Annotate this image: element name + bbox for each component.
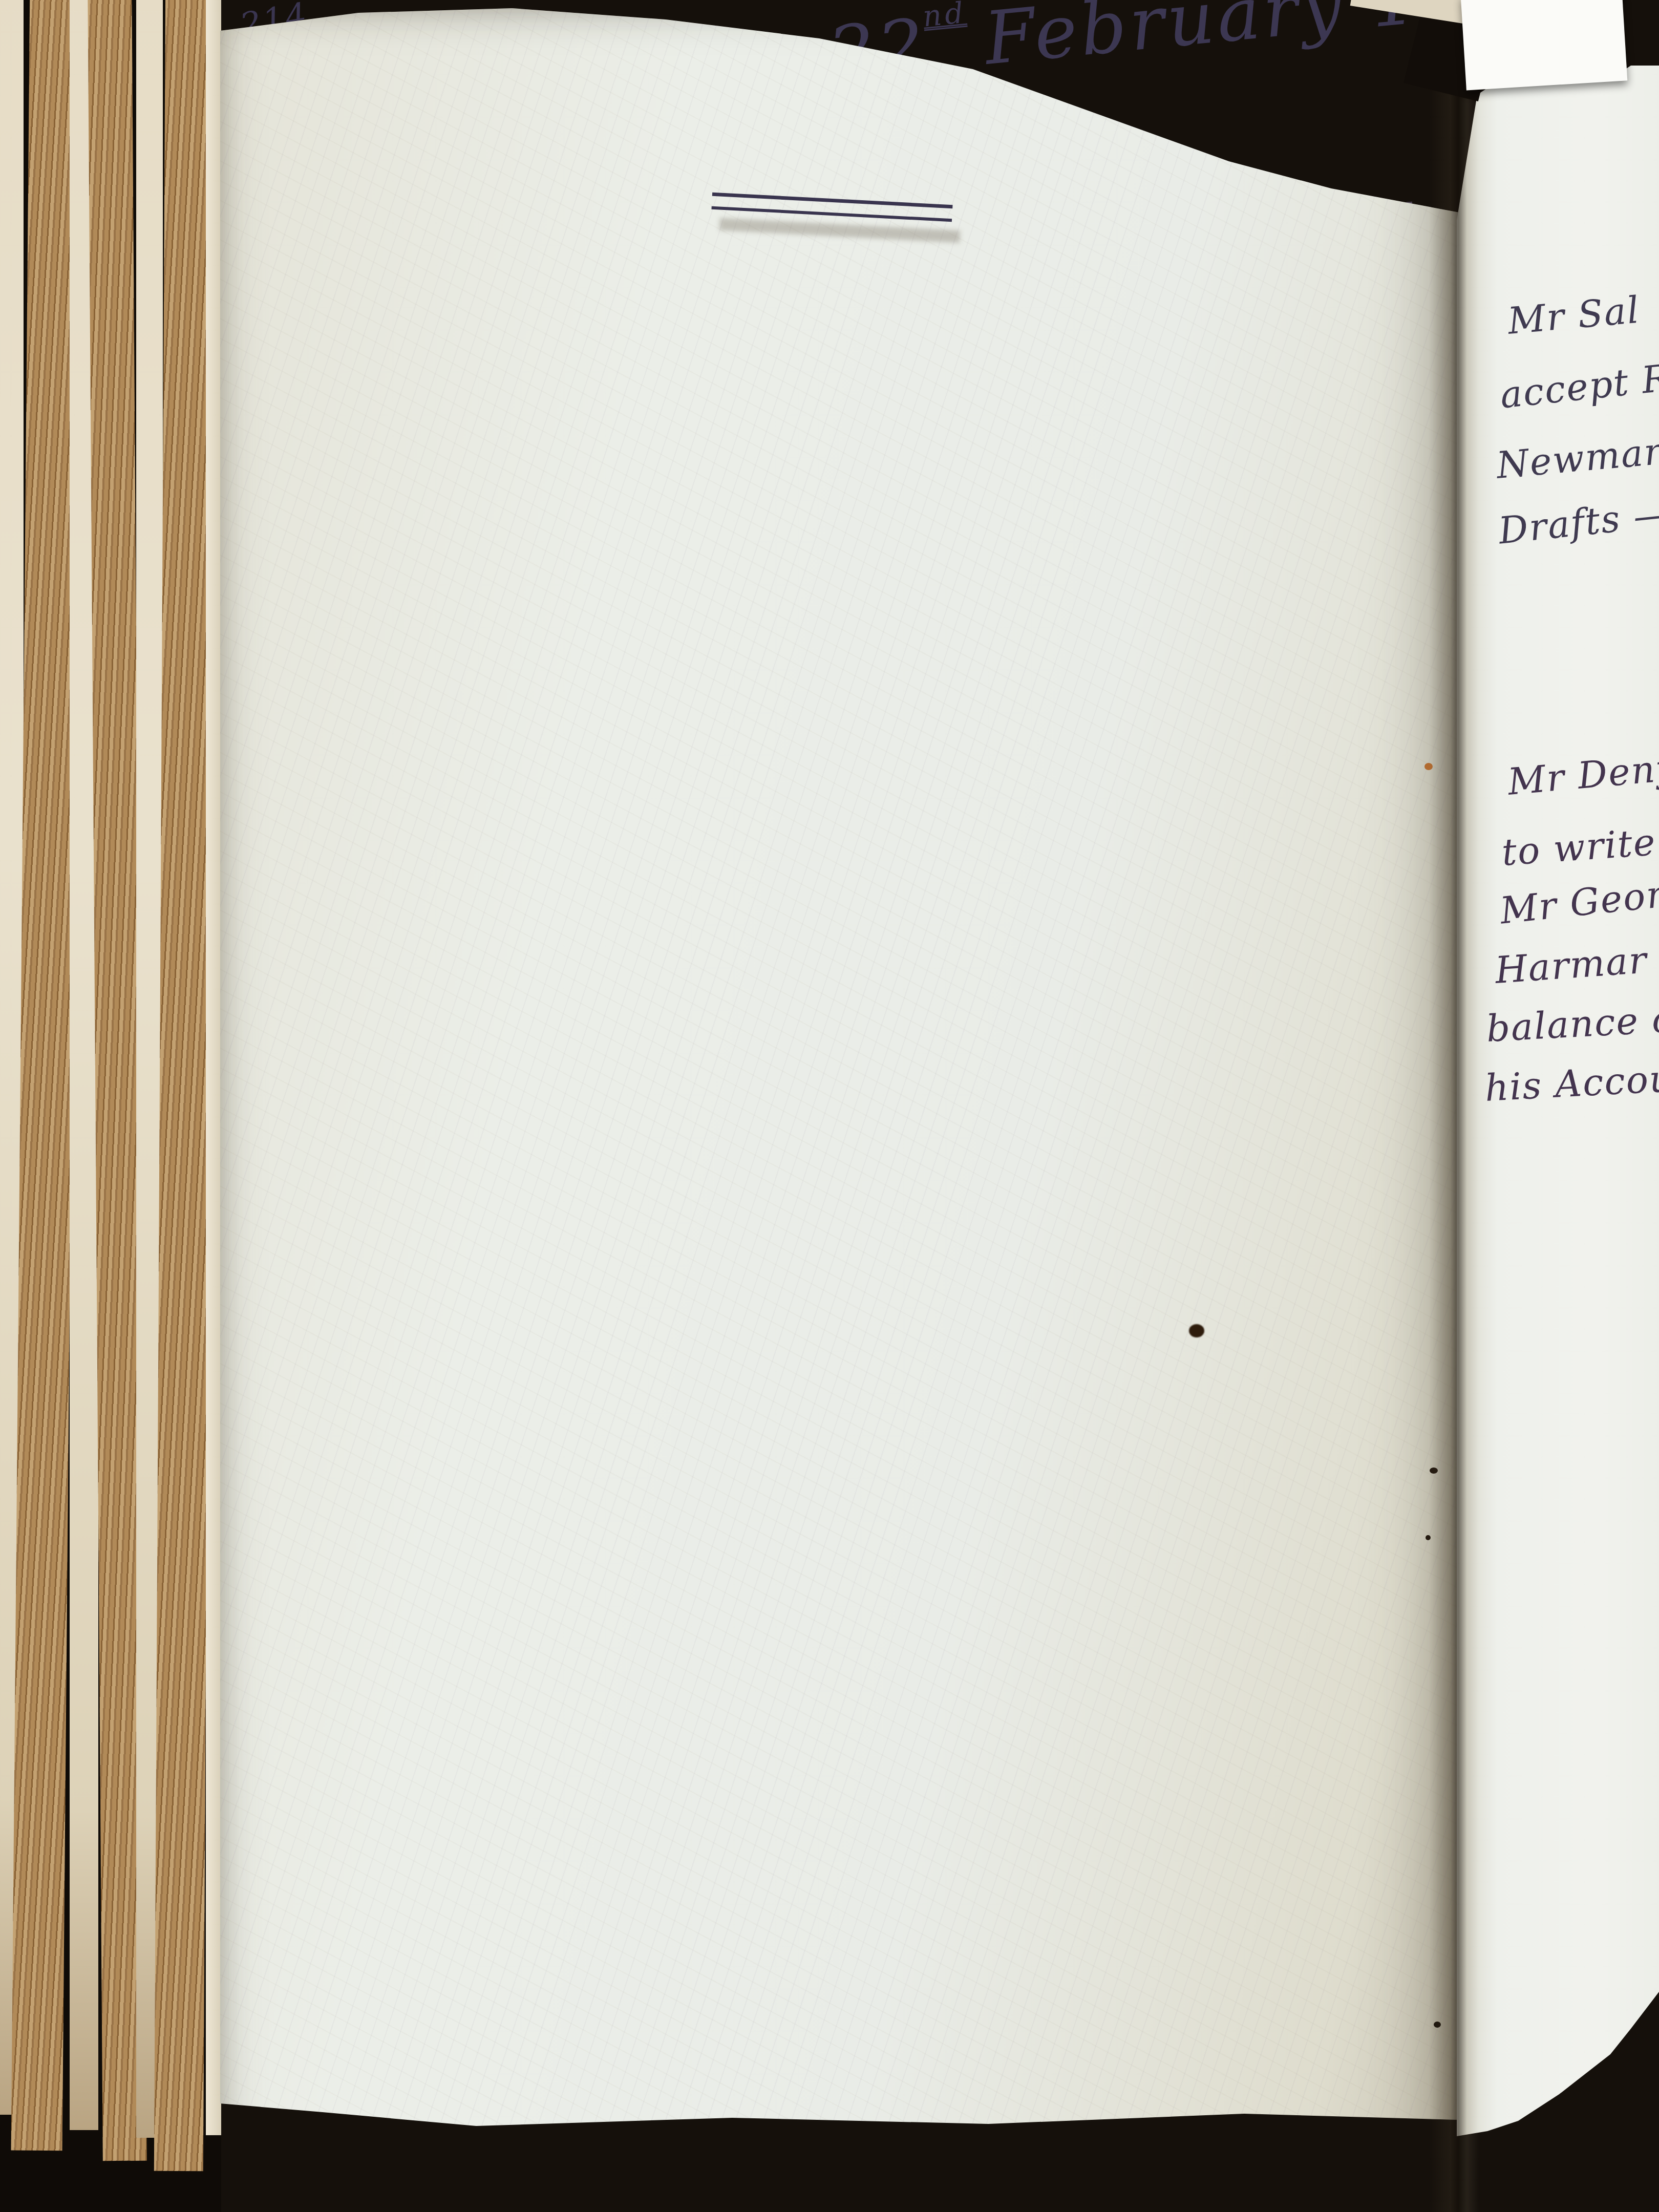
bookmark-slip — [1461, 0, 1628, 90]
ink-spot — [1426, 1535, 1431, 1540]
facing-page-fragment: Mr Sal — [1506, 291, 1642, 341]
manuscript-photo: 214 Tuesday 22ndFebruary 1803 ℓ 27 - 180… — [0, 0, 1659, 2212]
facing-page-fragment: Drafts — — [1497, 494, 1659, 551]
ink-spot — [1434, 2022, 1441, 2028]
facing-page-fragment: to write to — [1500, 819, 1659, 873]
page-edge-band — [206, 0, 221, 2135]
facing-page-fragment: balance of — [1485, 999, 1659, 1048]
heading-ordinal: nd — [921, 0, 968, 33]
ink-spot — [1430, 1467, 1438, 1474]
facing-page-fragment: Mr Deny — [1506, 748, 1659, 801]
book-page-edges — [0, 0, 221, 2212]
foxing-spot — [1424, 763, 1433, 770]
facing-page-fragment: Harmar f — [1494, 939, 1659, 990]
left-page — [220, 0, 1459, 2212]
facing-page-fragment: accept R — [1498, 358, 1659, 415]
facing-page: Mr Sal accept R Newman Drafts — Mr Deny … — [1457, 0, 1659, 2212]
facing-page-fragment: his Accoun — [1484, 1058, 1659, 1108]
ink-blot — [1189, 1324, 1204, 1337]
facing-page-fragment: Newman — [1495, 432, 1659, 485]
facing-page-fragment: Mr George — [1498, 870, 1659, 931]
